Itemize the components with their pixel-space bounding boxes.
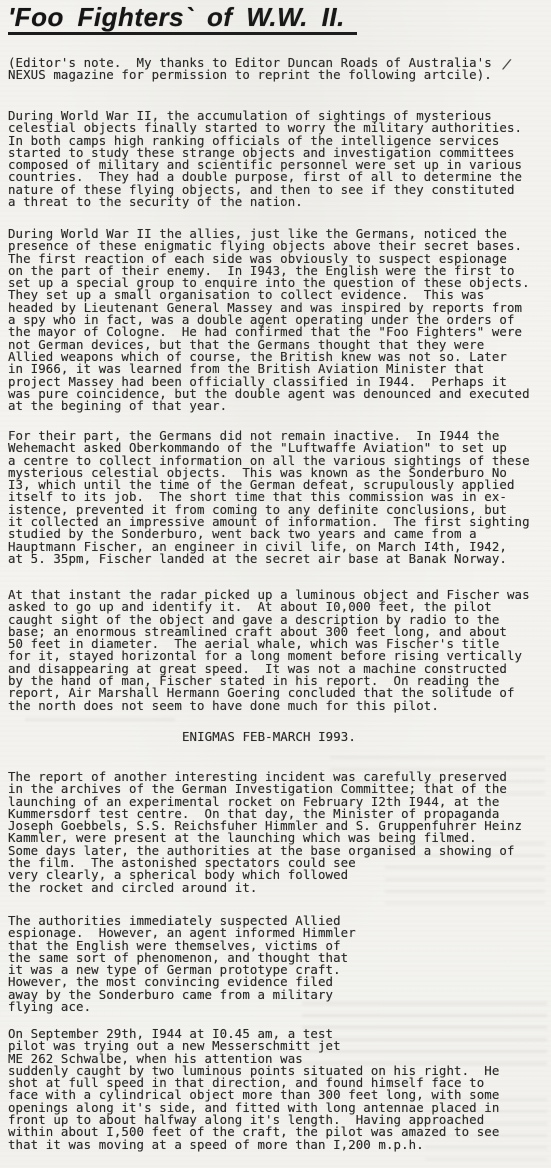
paragraph-2: During World War II the allies, just lik… [8,228,530,412]
paragraph-6: The authorities immediately suspected Al… [8,915,356,1013]
paragraph-4: At that instant the radar picked up a lu… [8,589,530,712]
bleedthrough-smudge [25,718,175,730]
article-title: 'Foo Fighters` of W.W. II. [8,2,357,35]
scanned-article-page: 'Foo Fighters` of W.W. II. (Editor's not… [0,0,551,1168]
paragraph-5: The report of another interesting incide… [8,771,522,894]
paragraph-3: For their part, the Germans did not rema… [8,430,530,565]
section-heading: ENIGMAS FEB-MARCH I993. [182,731,356,743]
paragraph-7: On September 29th, I944 at I0.45 am, a t… [8,1028,499,1151]
handwritten-slash-mark: / [501,56,513,73]
editor-note: (Editor's note. My thanks to Editor Dunc… [8,57,492,82]
paragraph-1: During World War II, the accumulation of… [8,110,522,208]
